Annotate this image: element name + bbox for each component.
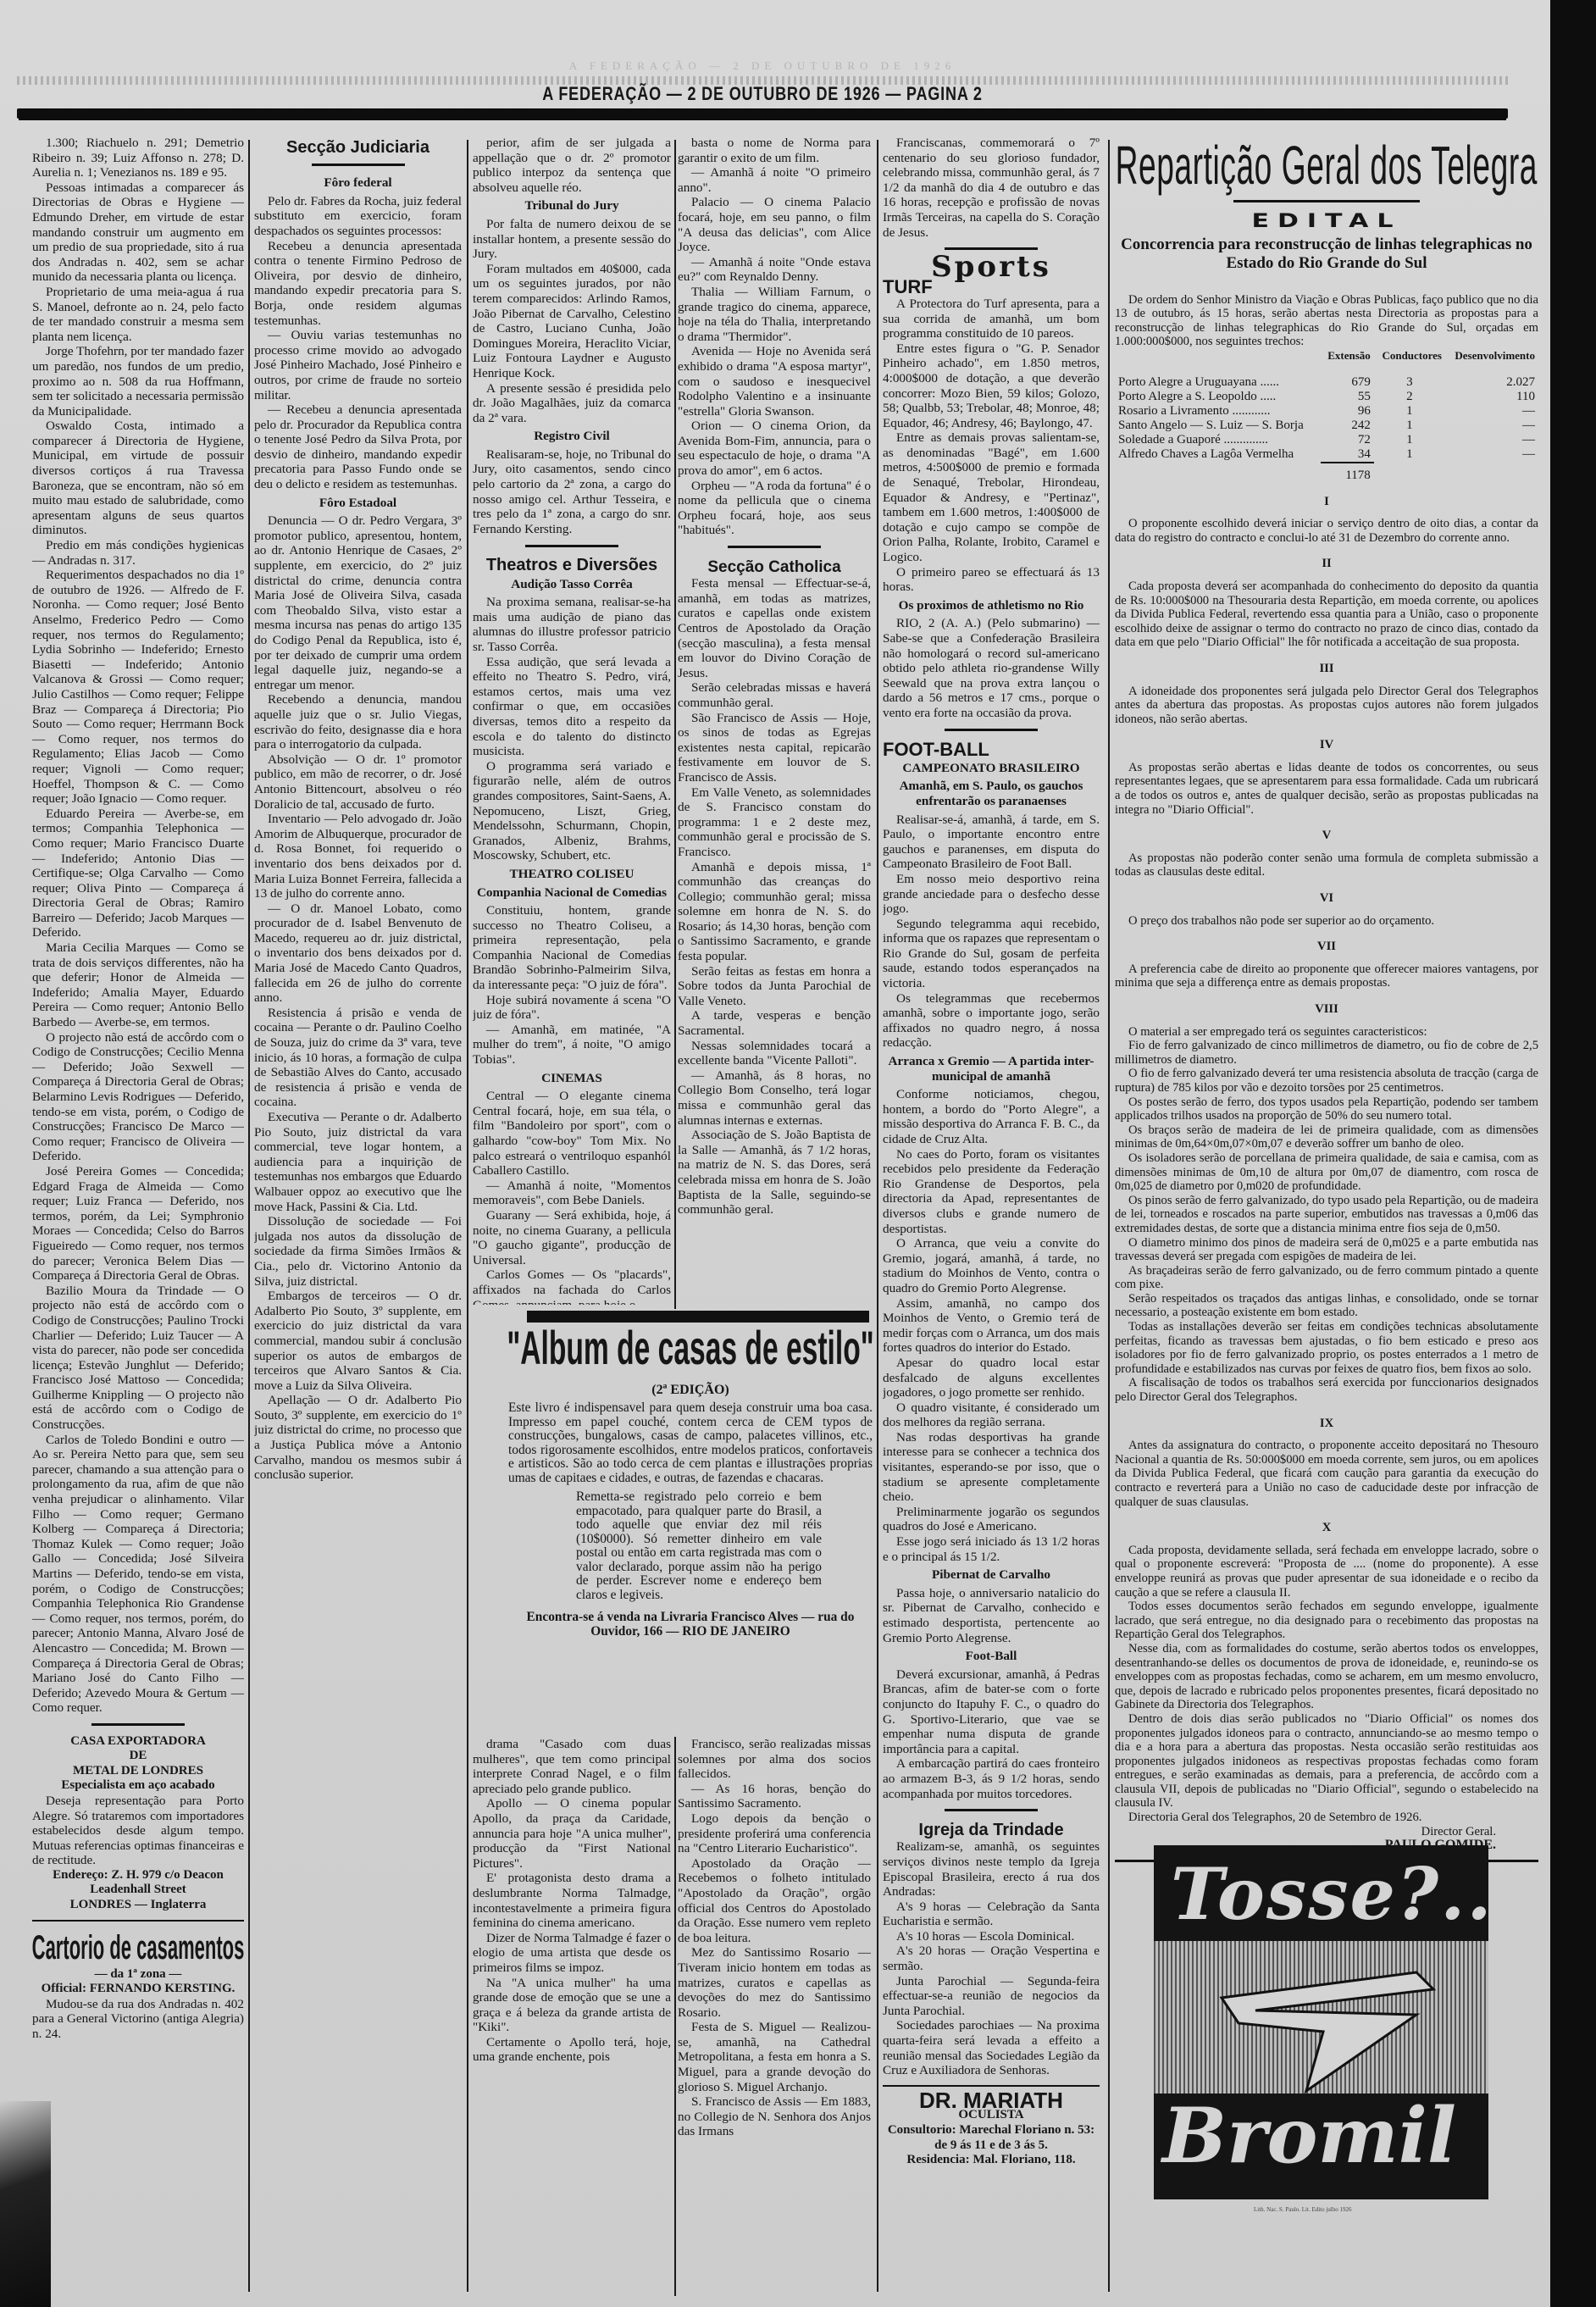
church-paragraph: A's 9 horas — Celebração da Santa Euchar… (883, 1899, 1100, 1929)
page-masthead: A FEDERAÇÃO — 2 DE OUTUBRO DE 1926 — PAG… (17, 76, 1508, 127)
casa-street: Leadenhall Street (32, 1883, 244, 1898)
subsection-title: Pibernat de Carvalho (883, 1567, 1100, 1583)
clause-paragraph: As braçadeiras serão de ferro galvanizad… (1115, 1264, 1538, 1292)
section-title: Sports (883, 260, 1100, 275)
edital-subtitle: Concorrencia para reconstrucção de linha… (1115, 236, 1538, 273)
column-divider (1108, 140, 1110, 2292)
cinema-paragraph: — Amanhã á noite, "Momentos memoraveis",… (473, 1178, 671, 1208)
clause-number: I (1115, 495, 1538, 509)
clause-paragraph: Os pinos serão de ferro galvanizado, do … (1115, 1194, 1538, 1236)
catholic-paragraph: S. Francisco de Assis — Em 1883, no Coll… (678, 2094, 871, 2139)
cinema-paragraph: Guarany — Será exhibida, hoje, á noite, … (473, 1208, 671, 1267)
notice-paragraph: Proprietario de uma meia-agua á rua S. M… (32, 285, 244, 344)
section-title: Secção Catholica (678, 560, 871, 575)
cinema-paragraph: Central — O elegante cinema Central foca… (473, 1089, 671, 1178)
clause-paragraph: Os isoladores serão de porcellana de pri… (1115, 1151, 1538, 1194)
table-cell: 1 (1374, 404, 1445, 419)
column-divider (877, 140, 878, 2292)
catholic-paragraph: São Francisco de Assis — Hoje, os sinos … (678, 711, 871, 785)
column-divider (248, 140, 250, 2292)
judicial-paragraph: Pelo dr. Fabres da Rocha, juiz federal s… (254, 194, 462, 239)
catholic-paragraph: Festa de S. Miguel — Realizou-se, amanhã… (678, 2020, 871, 2094)
judicial-paragraph: Denuncia — O dr. Pedro Vergara, 3º promo… (254, 513, 462, 692)
column-catholic-continued: Francisco, serão realizadas missas solem… (678, 1737, 871, 2279)
clause-paragraph: A idoneidade dos proponentes será julgad… (1115, 685, 1538, 727)
album-ad-venda: Encontra-se á venda na Livraria Francisc… (508, 1611, 873, 1639)
table-cell: 55 (1321, 390, 1374, 404)
clause-paragraph: Cada proposta, devidamente sellada, será… (1115, 1544, 1538, 1600)
catholic-paragraph: Amanhã e depois missa, 1ª communhão das … (678, 860, 871, 964)
casa-metal: METAL DE LONDRES (32, 1764, 244, 1779)
theatre-paragraph: Essa audição, que será levada a effeito … (473, 655, 671, 759)
table-row: Alfredo Chaves a Lagôa Vermelha341— (1115, 447, 1538, 463)
football-paragraph: Assim, amanhã, no campo dos Moinhos de V… (883, 1296, 1100, 1356)
football-title: FOOT-BALL (883, 742, 1100, 757)
clause-paragraph: O proponente escolhido deverá iniciar o … (1115, 517, 1538, 545)
catholic-paragraph: Apostolado da Oração — Recebemos o folhe… (678, 1856, 871, 1946)
scan-edge-shadow (1550, 0, 1596, 2307)
clause-number: VII (1115, 940, 1538, 954)
ornament-divider (883, 723, 1100, 738)
table-cell: 1 (1374, 419, 1445, 433)
column-judiciary: Secção JudiciariaFôro federalPelo dr. Fa… (254, 136, 462, 2304)
table-cell: 3 (1374, 375, 1445, 390)
judicial-paragraph: Recebendo a denuncia, mandou aquelle jui… (254, 692, 462, 751)
judicial-paragraph: Resistencia á prisão e venda de cocaina … (254, 1006, 462, 1110)
album-ad-body: Este livro é indispensavel para quem des… (508, 1401, 873, 1485)
cinema-paragraph: Orion — O cinema Orion, da Avenida Bom-F… (678, 419, 871, 478)
bleed-through-header: A FEDERAÇÃO — 2 DE OUTUBRO DE 1926 (169, 59, 1355, 71)
subsection-title: Registro Civil (473, 429, 671, 444)
clause-paragraph: Fio de ferro galvanizado de cinco millim… (1115, 1039, 1538, 1067)
cinema-paragraph: Apollo — O cinema popular Apollo, da pra… (473, 1796, 671, 1871)
table-cell: Rosario a Livramento ............ (1115, 404, 1321, 419)
sports-paragraph: Passa hoje, o anniversario natalicio do … (883, 1586, 1100, 1645)
table-header: Desenvolvimento (1445, 349, 1538, 375)
mariath-name: DR. MARIATH (883, 2093, 1100, 2109)
catholic-paragraph: Mez do Santissimo Rosario — Tiveram inic… (678, 1945, 871, 2020)
notice-paragraph: Oswaldo Costa, intimado a comparecer á D… (32, 419, 244, 538)
subsection-title: Companhia Nacional de Comedias (473, 885, 671, 901)
edital-heading: EDITAL (1115, 216, 1538, 226)
church-paragraph: Realizam-se, amanhã, os seguintes serviç… (883, 1839, 1100, 1899)
ornament-divider (254, 158, 462, 173)
column-municipal-notices: 1.300; Riachuelo n. 291; Demetrio Ribeir… (32, 136, 244, 2304)
mariath-office: Consultorio: Marechal Floriano n. 53: de… (883, 2123, 1100, 2153)
church-paragraph: Junta Parochial — Segunda-feira effectua… (883, 1974, 1100, 2019)
cinema-paragraph: Avenida — Hoje no Avenida será exhibido … (678, 344, 871, 419)
clause-number: V (1115, 829, 1538, 843)
column-divider (467, 140, 468, 2292)
subsection-title: Foot-Ball (883, 1649, 1100, 1664)
clause-number: IV (1115, 738, 1538, 752)
theatre-paragraph: Na proxima semana, realisar-se-ha mais u… (473, 595, 671, 654)
clause-paragraph: Os braços serão de madeira de lei de pri… (1115, 1123, 1538, 1151)
football-paragraph: Apesar do quadro local estar desfalcado … (883, 1356, 1100, 1400)
edital-intro: De ordem do Senhor Ministro da Viação e … (1115, 293, 1538, 349)
theatre-paragraph: Constituiu, hontem, grande successo no T… (473, 903, 671, 993)
table-row: Santo Angelo — S. Luiz — S. Borja2421— (1115, 419, 1538, 433)
theatre-paragraph: — Amanhã, em matinée, "A mulher do trem"… (473, 1023, 671, 1068)
football-paragraph: No caes do Porto, foram os visitantes re… (883, 1147, 1100, 1237)
table-cell: 1 (1374, 433, 1445, 447)
subsection-title: Arranca x Gremio — A partida inter-munic… (883, 1054, 1100, 1084)
turf-paragraph: Entre estes figura o "G. P. Senador Pinh… (883, 341, 1100, 431)
sports-paragraph: RIO, 2 (A. A.) (Pelo submarino) — Sabe-s… (883, 616, 1100, 720)
subsection-title: Os proximos de athletismo no Rio (883, 598, 1100, 613)
notice-paragraph: Requerimentos despachados no dia 1º de o… (32, 568, 244, 807)
catholic-paragraph: — As 16 horas, benção do Santissimo Sacr… (678, 1782, 871, 1811)
table-row: Porto Alegre a Uruguayana ......67932.02… (1115, 375, 1538, 390)
subsection-title: Audição Tasso Corrêa (473, 577, 671, 592)
church-paragraph: A's 20 horas — Oração Vespertina e sermã… (883, 1944, 1100, 1973)
clause-paragraph: Directoria Geral dos Telegraphos, 20 de … (1115, 1811, 1538, 1825)
cinema-paragraph: drama "Casado com duas mulheres", que te… (473, 1737, 671, 1796)
table-row: Porto Alegre a S. Leopoldo .....552110 (1115, 390, 1538, 404)
cinema-paragraph: — Amanhã á noite "O primeiro anno". (678, 165, 871, 195)
table-header (1115, 349, 1321, 375)
judicial-paragraph: Embargos de terceiros — O dr. Adalberto … (254, 1289, 462, 1393)
judicial-paragraph: Dissolução de sociedade — Foi julgada no… (254, 1214, 462, 1289)
table-cell: Santo Angelo — S. Luiz — S. Borja (1115, 419, 1321, 433)
cinema-paragraph: Orpheu — "A roda da fortuna" é o nome da… (678, 479, 871, 538)
clause-paragraph: Serão respeitados os traçados das antiga… (1115, 1292, 1538, 1320)
subsection-title: Fôro Estadoal (254, 496, 462, 511)
football-paragraph: Realisar-se-á, amanhã, á tarde, em S. Pa… (883, 812, 1100, 872)
football-paragraph: Os telegrammas que recebermos amanhã, so… (883, 991, 1100, 1051)
section-title: Igreja da Trindade (883, 1823, 1100, 1838)
theatre-paragraph: Hoje subirá novamente á scena "O juiz de… (473, 993, 671, 1023)
table-cell: 242 (1321, 419, 1374, 433)
catholic-paragraph: Festa mensal — Effectuar-se-á, amanhã, e… (678, 576, 871, 680)
page-title: A FEDERAÇÃO — 2 DE OUTUBRO DE 1926 — PAG… (151, 83, 1373, 105)
casa-title: CASA EXPORTADORA (32, 1734, 244, 1750)
table-cell: — (1445, 419, 1538, 433)
ad-printer-credit: Lith. Nac. S. Paulo. Lit. Edito julho 19… (1254, 2206, 1352, 2213)
football-paragraph: Nas rodas desportivas ha grande interess… (883, 1430, 1100, 1505)
cinema-paragraph: Palacio — O cinema Palacio focará, hoje,… (678, 195, 871, 254)
cinema-paragraph: basta o nome de Norma para garantir o ex… (678, 136, 871, 165)
ad-arrow-graphic (1205, 1964, 1459, 2099)
casa-address: Endereço: Z. H. 979 c/o Deacon (32, 1868, 244, 1883)
table-cell: Soledade a Guaporé .............. (1115, 433, 1321, 447)
casa-body: Deseja representação para Porto Alegre. … (32, 1794, 244, 1868)
notice-paragraph: 1.300; Riachuelo n. 291; Demetrio Ribeir… (32, 136, 244, 180)
judicial-paragraph: — O dr. Manoel Lobato, como procurador d… (254, 901, 462, 1006)
judicial-paragraph: Apellação — O dr. Adalberto Pio Souto, 3… (254, 1393, 462, 1483)
ornament-divider (678, 540, 871, 555)
clause-paragraph: O material a ser empregado terá os segui… (1115, 1025, 1538, 1040)
clause-number: VI (1115, 891, 1538, 906)
cinema-paragraph: Thalia — William Farnum, o grande tragic… (678, 285, 871, 344)
judicial-paragraph: Recebeu a denuncia apresentada contra o … (254, 239, 462, 329)
clause-paragraph: O fio de ferro galvanizado deverá ter um… (1115, 1067, 1538, 1095)
clause-number: VIII (1115, 1002, 1538, 1017)
clause-paragraph: O diametro minimo dos pinos de madeira s… (1115, 1236, 1538, 1264)
cartorio-zone: — da 1ª zona — (32, 1967, 244, 1983)
clause-number: III (1115, 662, 1538, 676)
football-paragraph: Esse jogo será iniciado ás 13 1/2 horas … (883, 1534, 1100, 1564)
notice-paragraph: Carlos de Toledo Bondini e outro — Ao sr… (32, 1433, 244, 1716)
album-casas-ad: "Album de casas de estilo" (2ª EDIÇÃO) E… (508, 1322, 873, 1639)
jury-paragraph: Por falta de numero deixou de se install… (473, 217, 671, 262)
paragraph: perior, afim de ser julgada a appellação… (473, 136, 671, 195)
clause-paragraph: As propostas não poderão conter senão um… (1115, 851, 1538, 879)
subsection-title: Amanhã, em S. Paulo, os gauchos enfrenta… (883, 779, 1100, 808)
turf-paragraph: A Protectora do Turf apresenta, para a s… (883, 297, 1100, 341)
mariath-residence: Residencia: Mal. Floriano, 118. (883, 2153, 1100, 2168)
jury-paragraph: Foram multados em 40$000, cada um os seg… (473, 262, 671, 381)
mariath-role: OCULISTA (883, 2108, 1100, 2123)
table-cell: Porto Alegre a Uruguayana ...... (1115, 375, 1321, 390)
cinema-paragraph: Dizer de Norma Talmadge é fazer o elogio… (473, 1931, 671, 1976)
cartorio-official: Official: FERNANDO KERSTING. (32, 1982, 244, 1997)
table-header: Conductores (1374, 349, 1445, 375)
section-title: Theatros e Diversões (473, 558, 671, 574)
clause-paragraph: A fiscalisação de todos os trabalhos ser… (1115, 1376, 1538, 1404)
column-sports-church: Franciscanas, commemorará o 7º centenari… (883, 136, 1100, 2296)
table-cell: Porto Alegre a S. Leopoldo ..... (1115, 390, 1321, 404)
catholic-paragraph: Francisco, serão realizadas missas solem… (678, 1737, 871, 1782)
section-rule (883, 2085, 1100, 2087)
catholic-paragraph: Em Valle Veneto, as solemnidades de S. F… (678, 785, 871, 860)
catholic-paragraph: — Amanhã, ás 8 horas, no Collegio Bom Co… (678, 1068, 871, 1128)
clause-paragraph: Nesse dia, com as formalidades do costum… (1115, 1642, 1538, 1712)
clause-number: II (1115, 557, 1538, 571)
signature-role: Director Geral. (1115, 1825, 1496, 1839)
judicial-paragraph: — Recebeu a denuncia apresentada pelo dr… (254, 402, 462, 492)
table-row: Rosario a Livramento ............961— (1115, 404, 1538, 419)
table-cell: 2 (1374, 390, 1445, 404)
clause-paragraph: Cada proposta deverá ser acompanhada do … (1115, 580, 1538, 650)
football-paragraph: Segundo telegramma aqui recebido, inform… (883, 917, 1100, 991)
football-paragraph: O quadro visitante, é considerado um dos… (883, 1400, 1100, 1430)
catholic-paragraph: Serão feitas as festas em honra a Sobre … (678, 964, 871, 1009)
notice-paragraph: O projecto não está de accôrdo com o Cod… (32, 1030, 244, 1164)
table-cell: 679 (1321, 375, 1374, 390)
cinema-paragraph: E' protagonista desto drama a deslumbran… (473, 1871, 671, 1930)
subsection-title: Tribunal do Jury (473, 198, 671, 214)
clause-paragraph: Todas as installações deverão ser feitas… (1115, 1320, 1538, 1376)
cinema-paragraph: Carlos Gomes — Os "placards", affixados … (473, 1267, 671, 1305)
notice-paragraph: Eduardo Pereira — Averbe-se, em termos; … (32, 807, 244, 940)
ad-tosse-text: Tosse?... (1171, 1852, 1488, 1936)
clause-paragraph: Antes da assignatura do contracto, o pro… (1115, 1439, 1538, 1509)
notice-paragraph: Predio em más condições hygienicas — And… (32, 538, 244, 568)
catholic-paragraph: Nessas solemnidades tocará a excellente … (678, 1039, 871, 1068)
football-paragraph: Conforme noticiamos, chegou, hontem, a b… (883, 1087, 1100, 1146)
catholic-paragraph: Logo depois da benção o presidente profe… (678, 1811, 871, 1856)
masthead-rule (17, 108, 1508, 119)
column-divider (674, 140, 676, 1309)
subsection-title: CINEMAS (473, 1071, 671, 1086)
ornament-divider (473, 538, 671, 553)
table-cell (1115, 463, 1321, 483)
table-cell: 96 (1321, 404, 1374, 419)
cartorio-body: Mudou-se da rua dos Andradas n. 402 para… (32, 1997, 244, 2042)
column-divider (674, 1737, 676, 2296)
section-title: Secção Judiciaria (254, 141, 462, 156)
notice-paragraph: Jorge Thofehrn, por ter mandado fazer um… (32, 344, 244, 419)
casa-de: DE (32, 1749, 244, 1764)
table-cell: 34 (1321, 447, 1374, 463)
clause-paragraph: O preço dos trabalhos não pode ser super… (1115, 914, 1538, 929)
table-cell: — (1445, 433, 1538, 447)
jury-paragraph: A presente sessão é presidida pelo dr. J… (473, 381, 671, 426)
ornament-divider (32, 1717, 244, 1733)
clause-number: IX (1115, 1417, 1538, 1431)
clause-paragraph: A preferencia cabe de direito ao propone… (1115, 962, 1538, 990)
lines-table: ExtensãoConductoresDesenvolvimentoPorto … (1115, 349, 1538, 483)
title-rule (1233, 200, 1420, 202)
football-paragraph: Deverá excursionar, amanhã, á Pedras Bra… (883, 1667, 1100, 1757)
album-ad-title: "Album de casas de estilo" (505, 1322, 876, 1374)
judicial-paragraph: Absolvição — O dr. 1º promotor publico, … (254, 752, 462, 812)
casa-specialty: Especialista em aço acabado (32, 1778, 244, 1794)
cinema-paragraph: Na "A unica mulher" ha uma grande dose d… (473, 1976, 671, 2035)
table-total: 1178 (1321, 463, 1374, 483)
subsection-title: Fôro federal (254, 175, 462, 191)
casa-city: LONDRES — Inglaterra (32, 1898, 244, 1913)
notice-paragraph: Maria Cecilia Marques — Como se trata de… (32, 940, 244, 1030)
catholic-paragraph: Associação de S. João Baptista de la Sal… (678, 1128, 871, 1217)
church-paragraph: A's 10 horas — Escola Dominical. (883, 1929, 1100, 1944)
notice-paragraph: Bazilio Moura da Trindade — O projecto n… (32, 1284, 244, 1433)
football-paragraph: A embarcação partirá do caes fronteiro a… (883, 1756, 1100, 1801)
table-cell: 1 (1374, 447, 1445, 463)
turf-paragraph: O primeiro pareo se effectuará ás 13 hor… (883, 565, 1100, 595)
notice-paragraph: José Pereira Gomes — Concedida; Edgard F… (32, 1164, 244, 1284)
football-paragraph: Em nosso meio desportivo reina grande an… (883, 872, 1100, 917)
turf-paragraph: Entre as demais provas salientam-se, as … (883, 430, 1100, 564)
album-ad-remessa: Remetta-se registrado pelo correio e bem… (576, 1490, 822, 1602)
table-cell: Alfredo Chaves a Lagôa Vermelha (1115, 447, 1321, 463)
judicial-paragraph: Executiva — Perante o dr. Adalberto Pio … (254, 1110, 462, 1214)
table-cell: — (1445, 447, 1538, 463)
catholic-paragraph: Serão celebradas missas e haverá communh… (678, 680, 871, 710)
church-paragraph: Sociedades parochiaes — Na proxima quart… (883, 2018, 1100, 2077)
subsection-title: CAMPEONATO BRASILEIRO (883, 761, 1100, 776)
table-cell: 2.027 (1445, 375, 1538, 390)
section-rule (32, 1920, 244, 1922)
clause-paragraph: Todos esses documentos serão fechados em… (1115, 1600, 1538, 1642)
paragraph: Franciscanas, commemorará o 7º centenari… (883, 136, 1100, 240)
ornament-divider (883, 1803, 1100, 1818)
subsection-title: THEATRO COLISEU (473, 867, 671, 882)
table-cell: 72 (1321, 433, 1374, 447)
bromil-advertisement: Tosse?... Bromil (1154, 1845, 1488, 2199)
column-jury-theatre: perior, afim de ser julgada a appellação… (473, 136, 671, 1305)
football-paragraph: Preliminarmente jogarão os segundos quad… (883, 1505, 1100, 1534)
judicial-paragraph: Inventario — Pelo advogado dr. João Amor… (254, 812, 462, 901)
notice-paragraph: Pessoas intimadas a comparecer ás Direct… (32, 180, 244, 285)
column-cinemas-catholic: basta o nome de Norma para garantir o ex… (678, 136, 871, 1305)
registro-paragraph: Realisaram-se, hoje, no Tribunal do Jury… (473, 447, 671, 537)
clause-number: X (1115, 1521, 1538, 1535)
clause-paragraph: Os postes serão de ferro, dos typos usad… (1115, 1095, 1538, 1123)
cinema-paragraph: Certamente o Apollo terá, hoje, uma gran… (473, 2035, 671, 2065)
theatre-paragraph: O programma será variado e figurarão nel… (473, 759, 671, 863)
edital-main-title: Repartição Geral dos Telegraphos (1116, 136, 1538, 195)
column-cinemas-continued: drama "Casado com duas mulheres", que te… (473, 1737, 671, 2279)
football-paragraph: O Arranca, que veiu a convite do Gremio,… (883, 1236, 1100, 1295)
cartorio-title: Cartorio de casamentos (32, 1928, 244, 1967)
clause-paragraph: Dentro de dois dias serão publicados no … (1115, 1712, 1538, 1811)
album-ad-edition: (2ª EDIÇÃO) (508, 1383, 873, 1398)
cinema-paragraph: — Amanhã á noite "Onde estava eu?" com R… (678, 255, 871, 285)
catholic-paragraph: A tarde, vesperas e benção Sacramental. (678, 1008, 871, 1038)
table-row: Soledade a Guaporé ..............721— (1115, 433, 1538, 447)
ad-bromil-text: Bromil (1162, 2091, 1456, 2181)
judicial-paragraph: — Ouviu varias testemunhas no processo c… (254, 328, 462, 402)
clause-paragraph: As propostas serão abertas e lidas deant… (1115, 761, 1538, 817)
table-header: Extensão (1321, 349, 1374, 375)
table-cell: 110 (1445, 390, 1538, 404)
table-cell: — (1445, 404, 1538, 419)
